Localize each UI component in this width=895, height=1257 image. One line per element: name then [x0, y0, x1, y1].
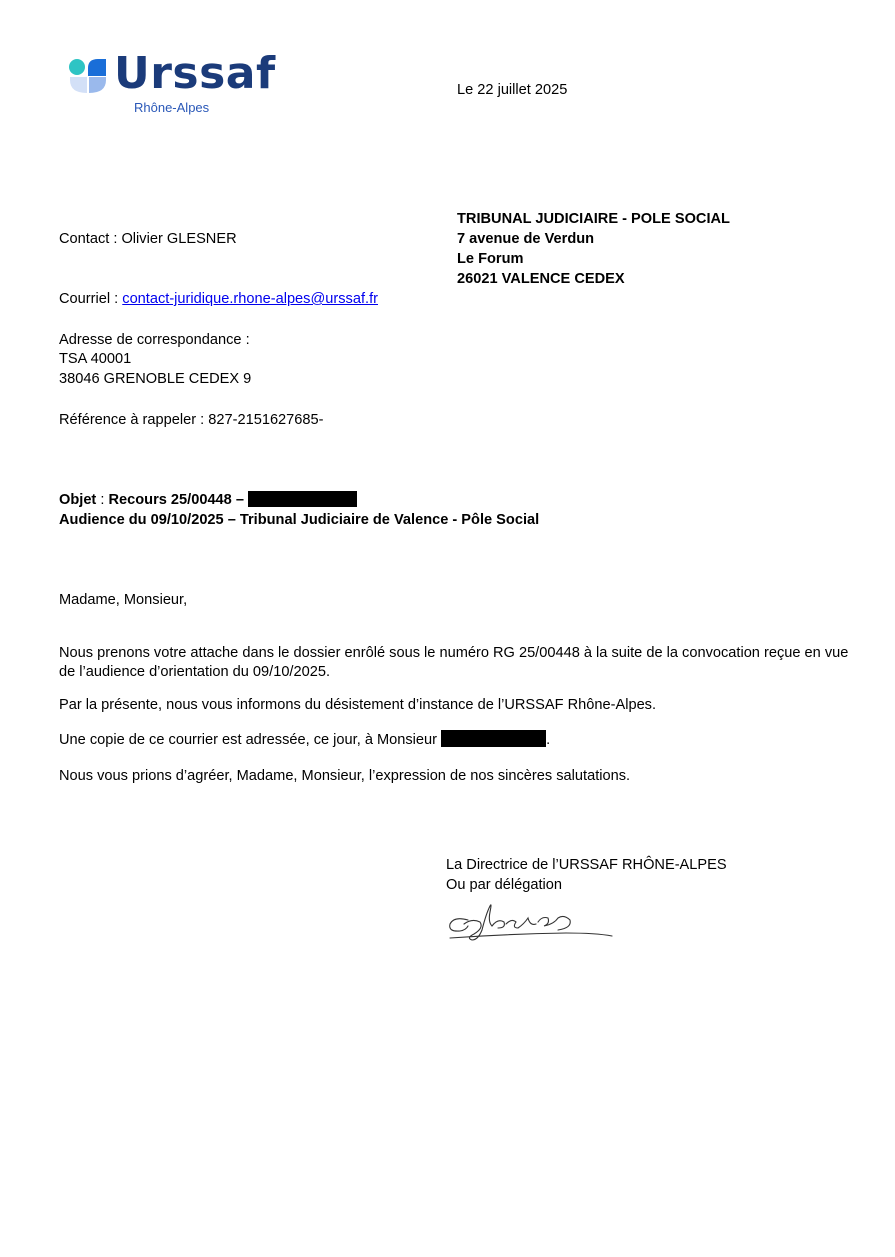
paragraph-2: Par la présente, nous vous informons du … [59, 695, 656, 715]
subject-line-2: Audience du 09/10/2025 – Tribunal Judici… [59, 510, 539, 530]
email-link[interactable]: contact-juridique.rhone-alpes@urssaf.fr [122, 291, 378, 307]
paragraph-3: Une copie de ce courrier est adressée, c… [59, 730, 550, 750]
recipient-line: 26021 VALENCE CEDEX [457, 269, 625, 289]
subject-label: Objet [59, 492, 96, 508]
letter-date: Le 22 juillet 2025 [457, 80, 567, 100]
redacted-name [248, 491, 357, 507]
paragraph-3-text: Une copie de ce courrier est adressée, c… [59, 732, 441, 748]
subject-line-1: Objet : Recours 25/00448 – [59, 490, 357, 510]
handwritten-signature-icon [446, 900, 616, 945]
subject-separator: : [96, 492, 108, 508]
recipient-line: Le Forum [457, 249, 523, 269]
subject-case: Recours 25/00448 – [108, 492, 248, 508]
closing-paragraph: Nous vous prions d’agréer, Madame, Monsi… [59, 766, 630, 786]
urssaf-logo-mark-icon [68, 58, 108, 94]
urssaf-wordmark: Urssaf [114, 50, 276, 98]
paragraph-1-line-2: de l’audience d’orientation du 09/10/202… [59, 662, 330, 682]
contact-name: Contact : Olivier GLESNER [59, 229, 237, 249]
recipient-line: TRIBUNAL JUDICIAIRE - POLE SOCIAL [457, 209, 730, 229]
salutation: Madame, Monsieur, [59, 590, 187, 610]
redacted-name [441, 730, 546, 747]
signatory-delegation: Ou par délégation [446, 875, 562, 895]
email-line: Courriel : contact-juridique.rhone-alpes… [59, 289, 378, 309]
logo-region: Rhône-Alpes [134, 100, 209, 116]
address-label: Adresse de correspondance : [59, 330, 250, 350]
address-line: TSA 40001 [59, 349, 131, 369]
paragraph-3-end: . [546, 732, 550, 748]
address-line: 38046 GRENOBLE CEDEX 9 [59, 369, 251, 389]
urssaf-logo: Urssaf Rhône-Alpes [68, 54, 278, 118]
signatory-title: La Directrice de l’URSSAF RHÔNE-ALPES [446, 855, 727, 875]
recipient-line: 7 avenue de Verdun [457, 229, 594, 249]
email-label: Courriel : [59, 291, 122, 307]
reference-number: Référence à rappeler : 827-2151627685- [59, 410, 324, 430]
paragraph-1-line-1: Nous prenons votre attache dans le dossi… [59, 643, 848, 663]
